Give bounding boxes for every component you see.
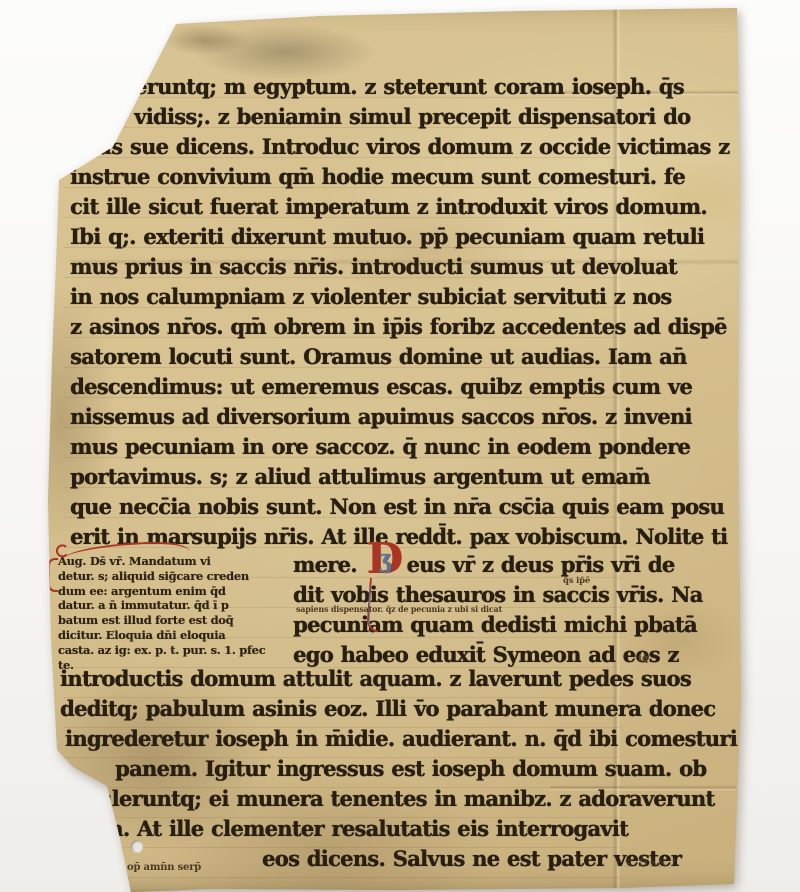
text-line: pecuniam quam dedisti michi pbatā — [293, 610, 628, 640]
line17-pre: mere. — [293, 552, 364, 577]
text-line: ille vidiss;. z beniamin simul precepit … — [92, 102, 626, 132]
right-column-lines: dit vobis thesauros in saccis vr̄is. Nap… — [293, 580, 628, 670]
gloss-line: dum ee: argentum enim q̄d — [58, 584, 298, 599]
text-line: que necc̄ia nobis sunt. Non est in nr̄a … — [70, 492, 626, 522]
text-line: panem. Igitur ingressus est ioseph domum… — [115, 754, 630, 784]
text-line: ram. At ille clementer resalutatis eis i… — [78, 814, 630, 844]
text-line: instrue convivium qm̄ hodie mecum sunt c… — [70, 162, 626, 192]
main-text-upper-block: eruntq; m egyptum. z steterunt coram ios… — [70, 72, 626, 552]
text-line: mus sue dicens. Introduc viros domum z o… — [75, 132, 626, 162]
gloss-line: Aug. Ds̄ vr̄. Mandatum vi — [58, 554, 298, 569]
gloss-line: dicitur. Eloquia dn̄i eloquia — [58, 628, 298, 643]
manuscript-leaf: eruntq; m egyptum. z steterunt coram ios… — [0, 0, 800, 892]
text-line: introductis domum attulit aquam. z laver… — [60, 664, 630, 694]
main-text-lower-block: introductis domum attulit aquam. z laver… — [60, 664, 630, 874]
text-line: mus prius in saccis nr̄is. introducti su… — [70, 252, 626, 282]
marginal-gloss-block: Aug. Ds̄ vr̄. Mandatum videtur. s; aliqu… — [58, 554, 298, 672]
text-line: in nos calumpniam z violenter subiciat s… — [70, 282, 626, 312]
interlinear-gloss-below: sapiens dispensator. q̄z de pecunia z ub… — [296, 604, 502, 614]
text-line: nissemus ad diversorium apuimus saccos n… — [70, 402, 626, 432]
text-line: descendimus: ut emeremus escas. quibz em… — [70, 372, 626, 402]
text-line: eruntq; m egyptum. z steterunt coram ios… — [134, 72, 626, 102]
text-line: satorem locuti sunt. Oramus domine ut au… — [70, 342, 626, 372]
text-line: eos dicens. Salvus ne est pater vester — [262, 844, 630, 874]
text-line: mus pecuniam in ore saccoz. q̄ nunc in e… — [70, 432, 626, 462]
text-line: cit ille sicut fuerat imperatum z introd… — [70, 192, 626, 222]
gloss-line: datur. a n̄ immutatur. q̄d ī p — [58, 598, 298, 613]
text-line: Ibi q;. exteriti dixerunt mutuo. pp̄ pec… — [70, 222, 626, 252]
right-margin-mark: tq̄ — [638, 654, 648, 664]
red-paraph-mark — [48, 558, 58, 592]
text-line: ingrederetur ioseph in m̄idie. audierant… — [65, 724, 630, 754]
interlinear-gloss-above: q̄s ip̄ē — [563, 576, 590, 586]
decorated-initial: Dʒ — [364, 550, 406, 580]
faint-inscription: cS.DzN7 — [616, 857, 678, 870]
text-line: tuleruntq; ei munera tenentes in manibz.… — [88, 784, 630, 814]
text-line: deditq; pabulum asinis eoz. Illi v̄o par… — [60, 694, 630, 724]
gloss-line: casta. az ig: ex. p. t. pur. s. 1. pfec — [58, 643, 298, 658]
line17-post: eus vr̄ z deus pr̄is vr̄i de — [406, 552, 674, 577]
gloss-line: detur. s; aliquid sig̃care creden — [58, 569, 298, 584]
bottom-left-gloss: op̄ amn̄n serp̄ — [127, 862, 201, 873]
text-line: portavimus. s; z aliud attulimus argentu… — [70, 462, 626, 492]
gloss-line: batum est illud forte est doq̄ — [58, 613, 298, 628]
manuscript-leaf-shadow: eruntq; m egyptum. z steterunt coram ios… — [0, 0, 800, 892]
initial-blue-flourish-icon: ʒ — [378, 541, 390, 577]
photo-background: eruntq; m egyptum. z steterunt coram ios… — [0, 0, 800, 892]
text-line: z asinos nr̄os. qm̄ obrem in ip̄is forib… — [70, 312, 626, 342]
